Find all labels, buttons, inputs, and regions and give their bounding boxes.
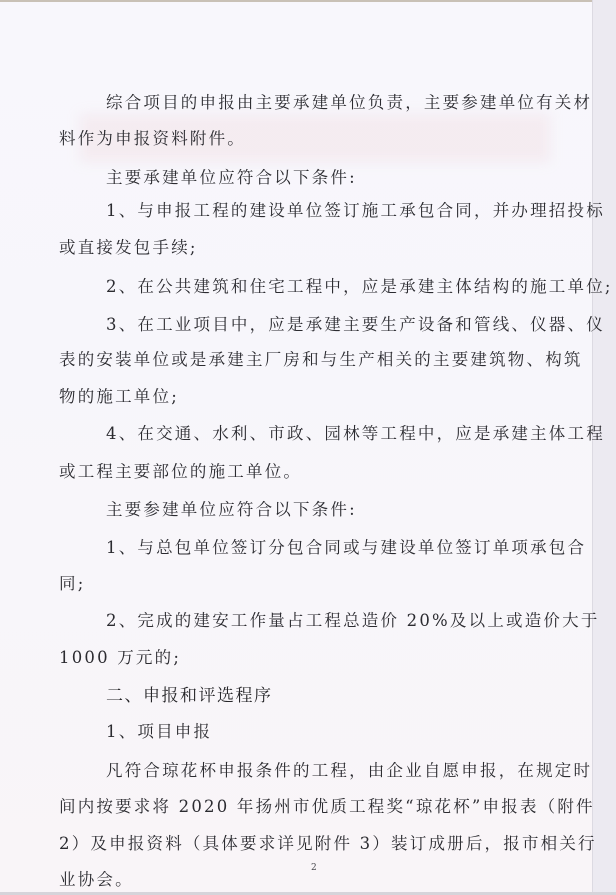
paragraph-line: 1、与总包单位签订分包合同或与建设单位签订单项承包合 bbox=[106, 538, 586, 558]
paragraph-line: 同; bbox=[59, 574, 85, 594]
paragraph-line: 主要参建单位应符合以下条件: bbox=[106, 500, 357, 520]
section-heading: 二、申报和评选程序 bbox=[106, 686, 273, 706]
paragraph-line: 2）及申报资料（具体要求详见附件 3）装订成册后，报市相关行 bbox=[59, 834, 597, 854]
paragraph-line: 4、在交通、水利、市政、园林等工程中，应是承建主体工程 bbox=[106, 424, 605, 444]
page-edge bbox=[592, 0, 616, 895]
paragraph-line: 或直接发包手续; bbox=[59, 238, 198, 258]
paragraph-line: 1、与申报工程的建设单位签订施工承包合同，并办理招投标 bbox=[106, 201, 605, 221]
paragraph-line: 2、在公共建筑和住宅工程中，应是承建主体结构的施工单位; bbox=[106, 277, 613, 297]
paragraph-line: 或工程主要部位的施工单位。 bbox=[59, 462, 302, 482]
page-number: 2 bbox=[311, 863, 317, 873]
paragraph-line: 料作为申报资料附件。 bbox=[59, 129, 246, 149]
paragraph-line: 综合项目的申报由主要承建单位负责，主要参建单位有关材 bbox=[106, 93, 592, 113]
paragraph-line: 表的安装单位或是承建主厂房和与生产相关的主要建筑物、构筑 bbox=[59, 350, 583, 370]
paragraph-line: 凡符合琼花杯申报条件的工程，由企业自愿申报，在规定时 bbox=[106, 761, 592, 781]
paragraph-line: 业协会。 bbox=[59, 870, 134, 890]
paragraph-line: 主要承建单位应符合以下条件: bbox=[106, 168, 357, 188]
subsection-heading: 1、项目申报 bbox=[106, 722, 212, 742]
paragraph-line: 2、完成的建安工作量占工程总造价 20%及以上或造价大于 bbox=[106, 611, 600, 631]
paragraph-line: 物的施工单位; bbox=[59, 387, 179, 407]
paragraph-line: 1000 万元的; bbox=[59, 648, 181, 668]
paragraph-line: 3、在工业项目中，应是承建主要生产设备和管线、仪器、仪 bbox=[106, 315, 605, 335]
paragraph-line: 间内按要求将 2020 年扬州市优质工程奖“琼花杯”申报表（附件 bbox=[59, 797, 595, 817]
